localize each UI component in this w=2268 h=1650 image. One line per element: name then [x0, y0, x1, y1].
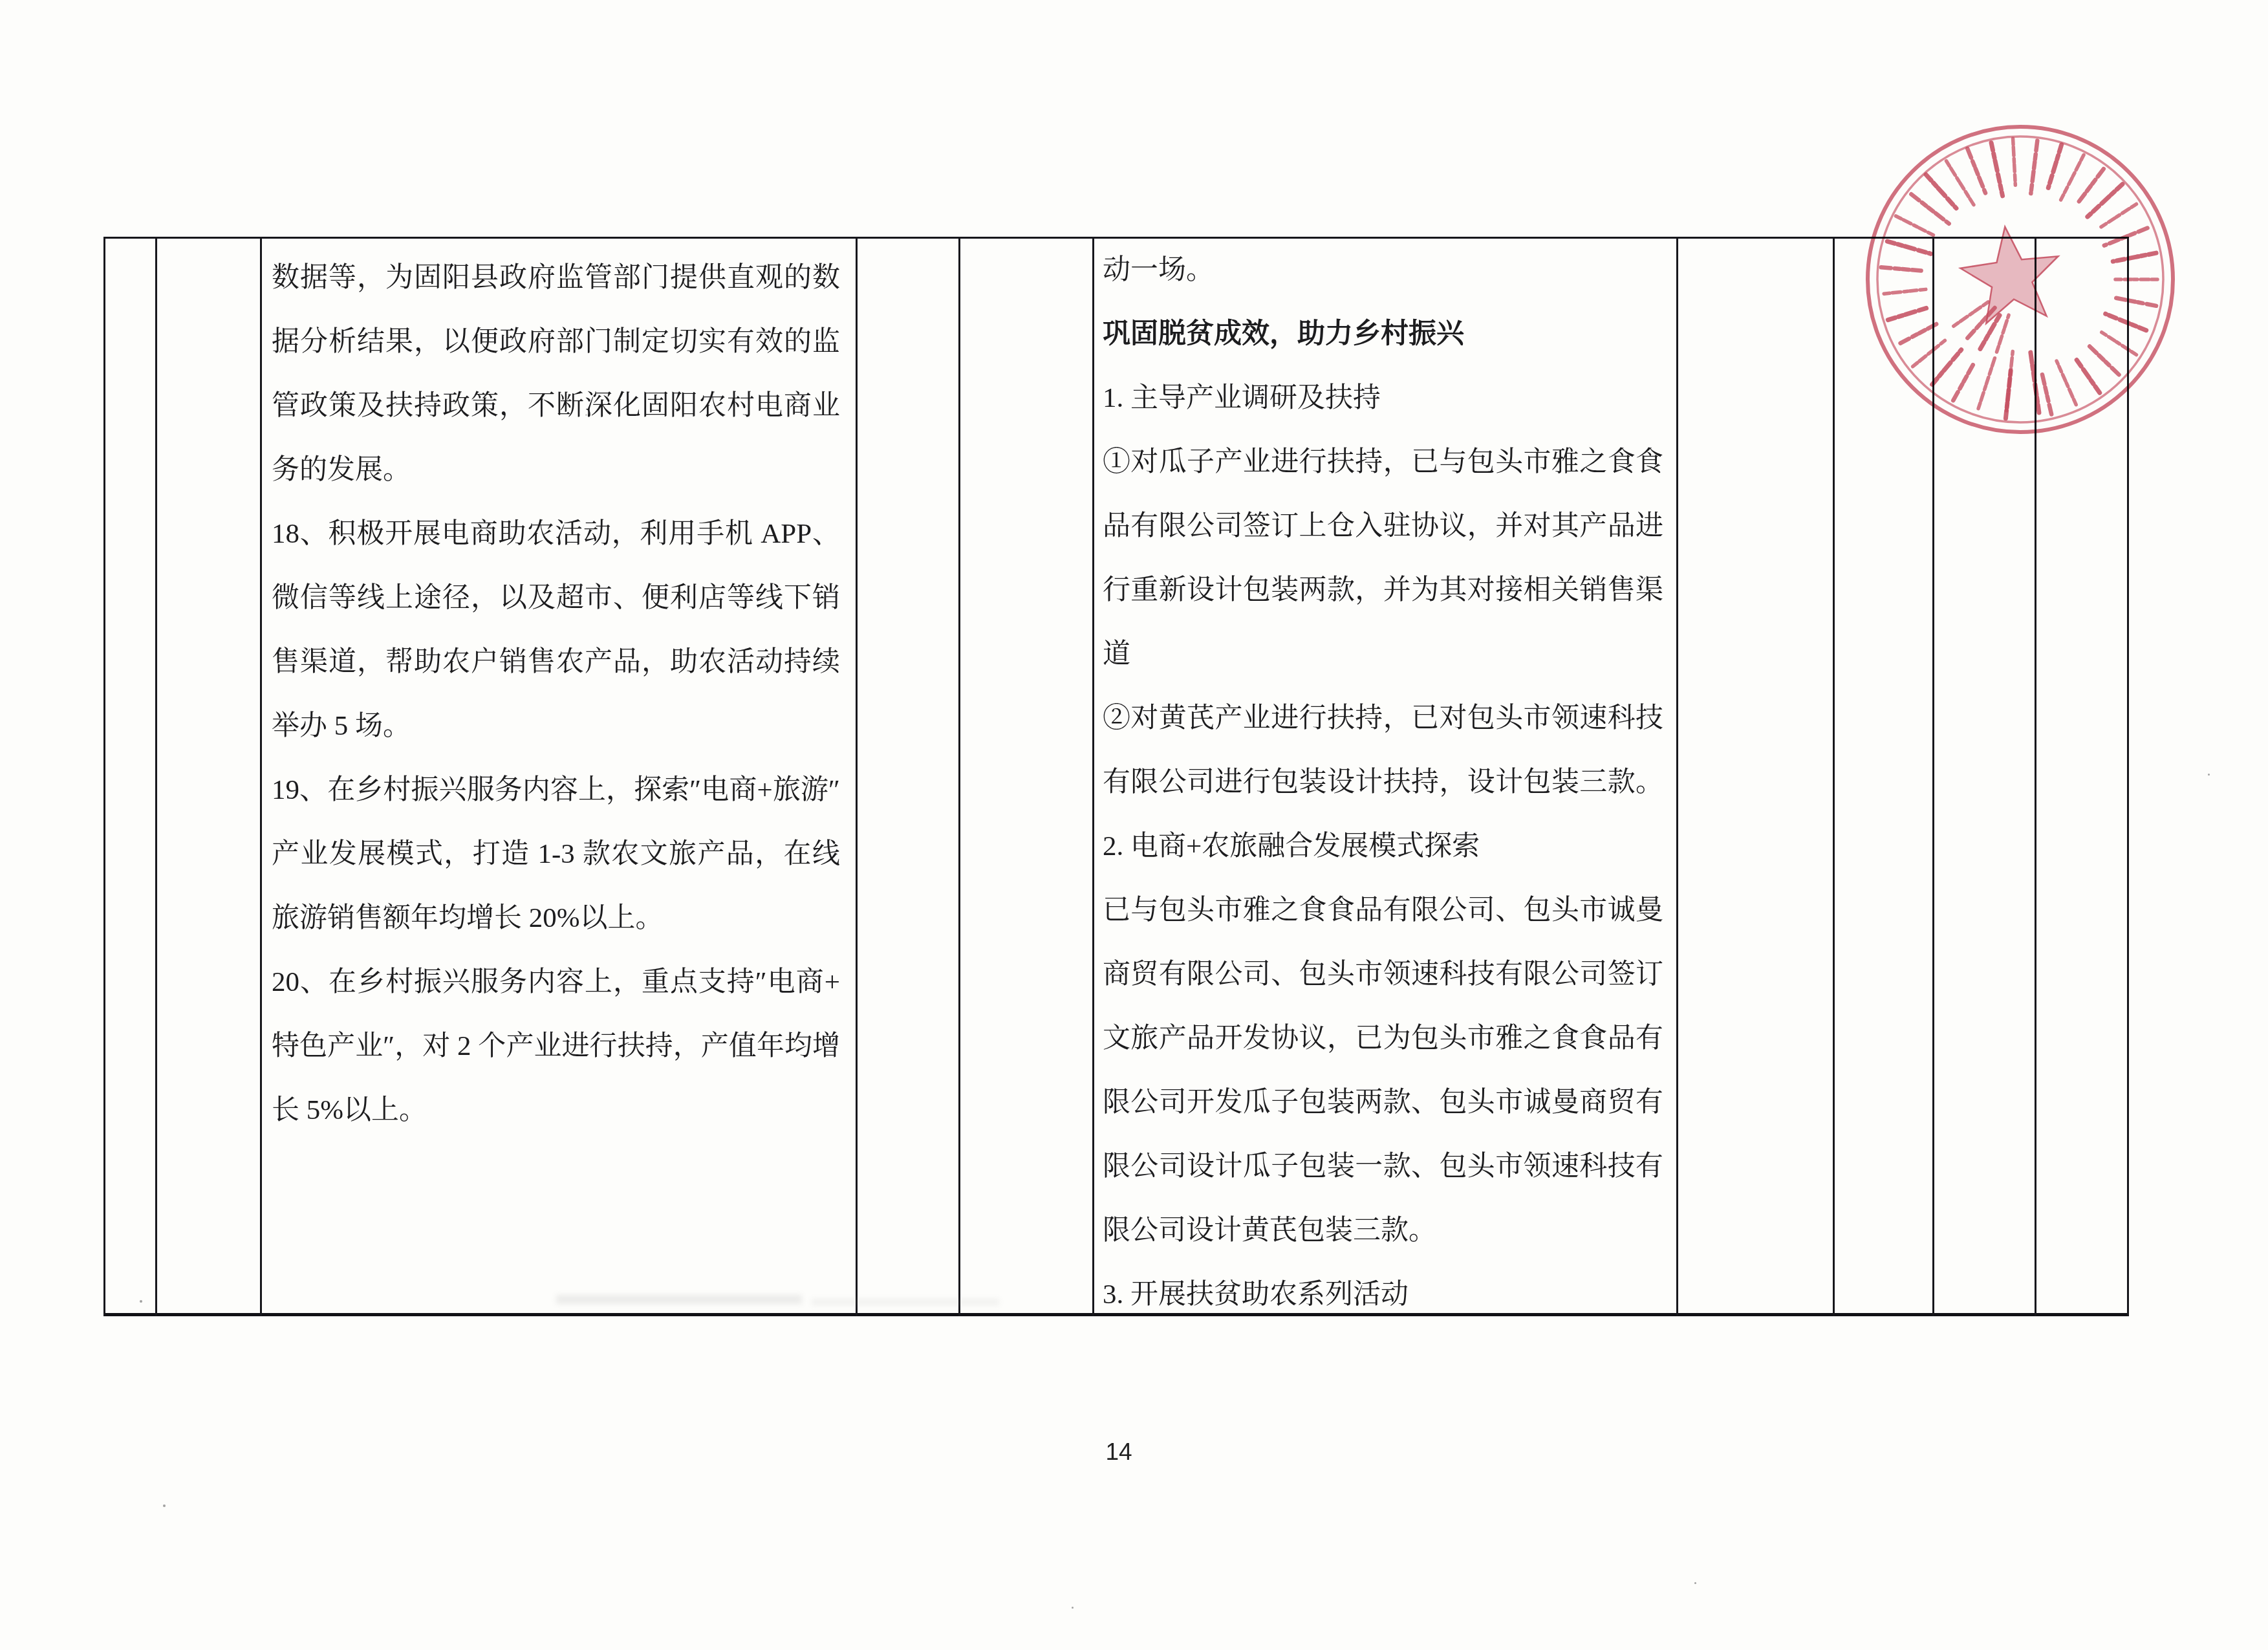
text-line: 特色产业″，对 2 个产业进行扶持，产值年均增 — [272, 1014, 840, 1078]
text-line: 品有限公司签订上仓入驻协议，并对其产品进 — [1103, 494, 1663, 558]
table-rule-vertical — [155, 237, 157, 1316]
text-line: 行重新设计包装两款，并为其对接相关销售渠 — [1103, 558, 1663, 622]
star-icon — [1956, 221, 2066, 325]
text-line: 管政策及扶持政策，不断深化固阳农村电商业 — [272, 374, 840, 438]
text-line: 3. 开展扶贫助农系列活动 — [1103, 1263, 1663, 1327]
scan-smudge — [556, 1295, 802, 1304]
text-line: 道 — [1103, 622, 1663, 686]
text-line: 据分析结果，以便政府部门制定切实有效的监 — [272, 310, 840, 374]
scan-speck — [1694, 1582, 1696, 1584]
right-text-column: 动一场。巩固脱贫成效，助力乡村振兴1. 主导产业调研及扶持①对瓜子产业进行扶持，… — [1094, 238, 1675, 1327]
text-line: 2. 电商+农旅融合发展模式探索 — [1103, 814, 1663, 878]
text-line: 举办 5 场。 — [272, 694, 840, 758]
text-line: 巩固脱贫成效，助力乡村振兴 — [1103, 302, 1663, 366]
text-line: 已与包头市雅之食食品有限公司、包头市诚曼 — [1103, 878, 1663, 942]
text-line: 限公司设计黄芪包装三款。 — [1103, 1199, 1663, 1263]
text-line: 限公司开发瓜子包装两款、包头市诚曼商贸有 — [1103, 1070, 1663, 1134]
text-line: 商贸有限公司、包头市领速科技有限公司签订 — [1103, 942, 1663, 1006]
text-line: 有限公司进行包装设计扶持，设计包装三款。 — [1103, 750, 1663, 814]
text-line: 数据等，为固阳县政府监管部门提供直观的数 — [272, 246, 840, 310]
scan-speck — [163, 1504, 166, 1507]
table-rule-vertical — [958, 237, 960, 1316]
table-rule-vertical — [1676, 237, 1678, 1316]
text-line: 产业发展模式，打造 1-3 款农文旅产品，在线 — [272, 822, 840, 886]
text-line: 1. 主导产业调研及扶持 — [1103, 366, 1663, 430]
page-number: 14 — [1092, 1438, 1146, 1466]
scan-speck — [585, 414, 587, 416]
text-line: 限公司设计瓜子包装一款、包头市领速科技有 — [1103, 1134, 1663, 1199]
text-line: 售渠道，帮助农户销售农产品，助农活动持续 — [272, 630, 840, 694]
scan-speck — [2208, 774, 2210, 776]
text-line: ②对黄芪产业进行扶持，已对包头市领速科技 — [1103, 686, 1663, 750]
text-line: 长 5%以上。 — [272, 1078, 840, 1142]
text-line: 文旅产品开发协议，已为包头市雅之食食品有 — [1103, 1006, 1663, 1070]
official-seal-stamp — [1863, 122, 2178, 437]
scanned-document-page: 数据等，为固阳县政府监管部门提供直观的数据分析结果，以便政府部门制定切实有效的监… — [0, 0, 2268, 1650]
table-rule-vertical — [103, 237, 105, 1316]
text-line: 动一场。 — [1103, 238, 1663, 302]
left-text-column: 数据等，为固阳县政府监管部门提供直观的数据分析结果，以便政府部门制定切实有效的监… — [261, 238, 854, 1142]
table-rule-vertical — [1833, 237, 1835, 1316]
text-line: 19、在乡村振兴服务内容上，探索″电商+旅游″ — [272, 758, 840, 822]
scan-speck — [140, 1300, 142, 1303]
text-line: 18、积极开展电商助农活动，利用手机 APP、 — [272, 502, 840, 566]
text-line: 务的发展。 — [272, 438, 840, 502]
text-line: ①对瓜子产业进行扶持，已与包头市雅之食食 — [1103, 430, 1663, 494]
text-line: 20、在乡村振兴服务内容上，重点支持″电商+ — [272, 950, 840, 1014]
scan-speck — [1072, 1607, 1074, 1609]
text-line: 旅游销售额年均增长 20%以上。 — [272, 886, 840, 950]
text-line: 微信等线上途径，以及超市、便利店等线下销 — [272, 566, 840, 630]
scan-smudge — [812, 1299, 999, 1305]
table-rule-vertical — [856, 237, 858, 1316]
